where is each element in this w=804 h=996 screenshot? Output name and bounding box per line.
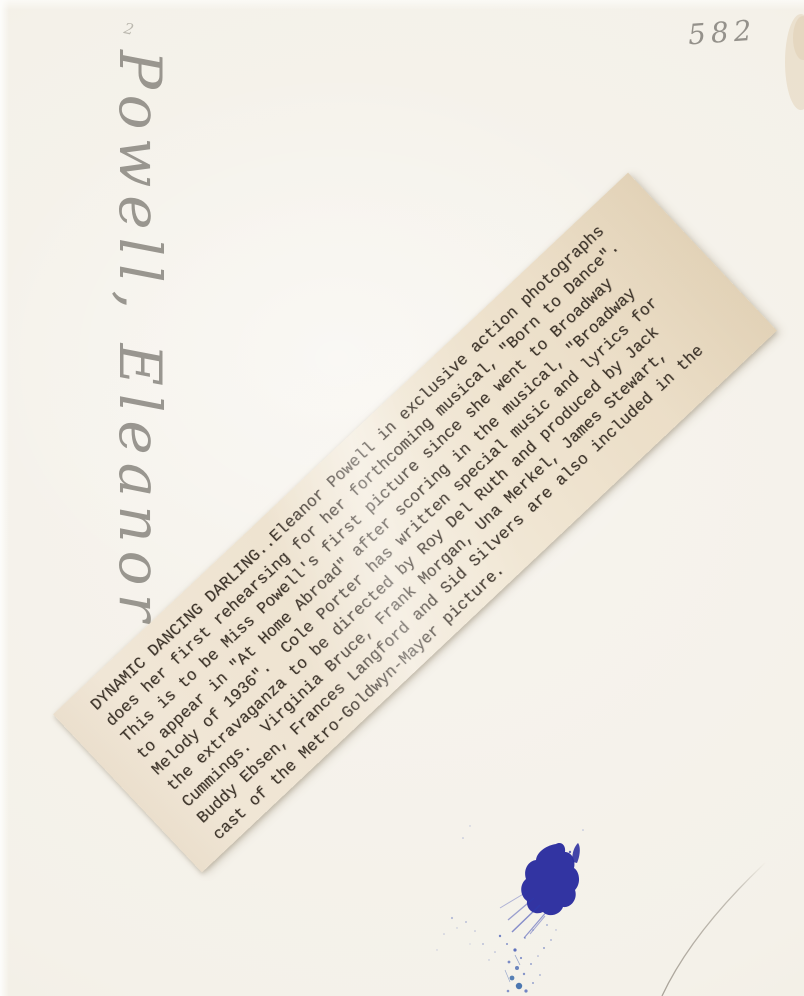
caption-line: the extravaganza to be directed by Roy D… [162,281,707,796]
ink-speckles [436,825,584,992]
archive-number: 582 [687,14,758,52]
caption-line: Melody of 1936". Cole Porter has written… [147,265,692,780]
pencil-squiggle-mark: 2 [122,19,135,39]
handwritten-name: Powell, Eleanor [106,50,174,629]
caption-line: to appear in "At Home Abroad" after scor… [132,249,677,764]
photo-back: Powell, Eleanor 582 2 DYNAMIC DANCING DA… [0,0,804,996]
